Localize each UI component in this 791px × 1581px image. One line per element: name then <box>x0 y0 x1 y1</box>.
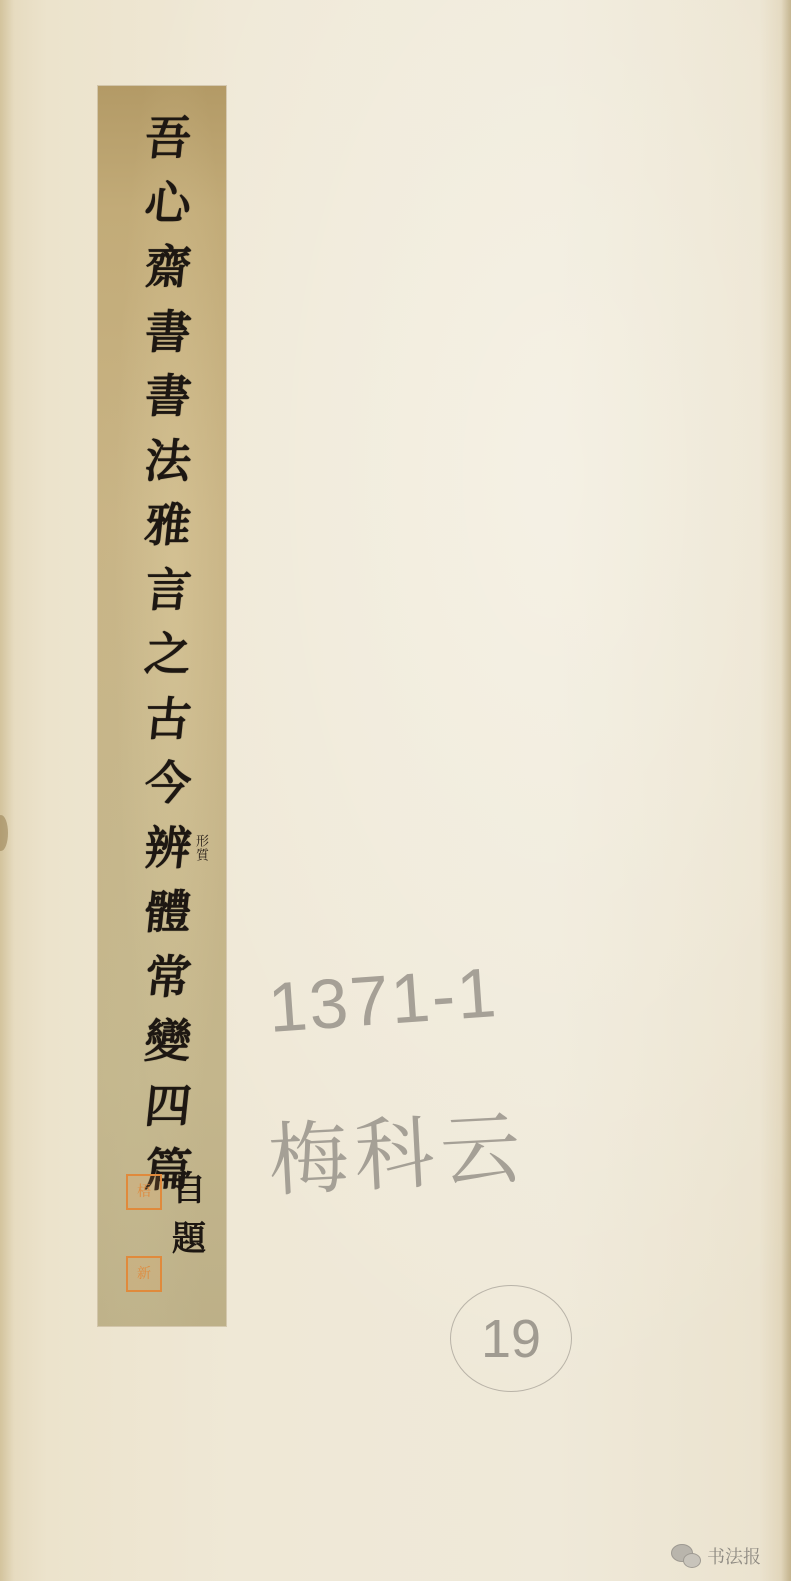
calligraphy-char: 言 <box>142 558 195 623</box>
title-strip: 吾 心 齋 書 書 法 雅 言 之 古 今 辨 體 常 變 四 篇 形質 自 題… <box>98 86 226 1326</box>
pencil-circled-number: 19 <box>450 1285 572 1392</box>
side-annotation: 形質 <box>191 834 210 862</box>
calligraphy-char: 書 <box>142 300 195 365</box>
signature: 自 題 <box>172 1164 206 1264</box>
calligraphy-char: 書 <box>142 364 195 429</box>
watermark: 书法报 <box>671 1543 761 1569</box>
calligraphy-char: 辨 <box>142 816 195 881</box>
calligraphy-char: 變 <box>142 1009 195 1074</box>
pencil-name: 梅科云 <box>265 1083 529 1211</box>
circled-number-text: 19 <box>481 1308 541 1370</box>
signature-char: 題 <box>172 1214 206 1264</box>
calligraphy-title-column: 吾 心 齋 書 書 法 雅 言 之 古 今 辨 體 常 變 四 篇 <box>128 106 208 1203</box>
watermark-label: 书法报 <box>707 1543 761 1569</box>
page-edge-right <box>781 0 791 1581</box>
calligraphy-char: 古 <box>142 687 195 752</box>
seal-stamp-icon: 新 <box>126 1256 162 1292</box>
calligraphy-char: 四 <box>142 1074 195 1139</box>
page-edge-left <box>0 0 14 1581</box>
seal-text: 新 <box>137 1266 151 1282</box>
calligraphy-char: 體 <box>142 880 195 945</box>
seal-stamp-icon: 梧 <box>126 1174 162 1210</box>
calligraphy-char: 齋 <box>142 235 195 300</box>
calligraphy-char: 心 <box>142 171 195 236</box>
signature-char: 自 <box>172 1164 206 1214</box>
wechat-icon <box>671 1544 701 1568</box>
calligraphy-char: 之 <box>142 622 195 687</box>
calligraphy-char: 今 <box>142 751 195 816</box>
pencil-catalog-number: 1371-1 <box>265 952 500 1048</box>
calligraphy-char: 吾 <box>142 106 195 171</box>
seal-text: 梧 <box>137 1184 151 1200</box>
calligraphy-char: 法 <box>142 429 195 494</box>
calligraphy-char: 雅 <box>142 493 195 558</box>
calligraphy-char: 常 <box>142 945 195 1010</box>
